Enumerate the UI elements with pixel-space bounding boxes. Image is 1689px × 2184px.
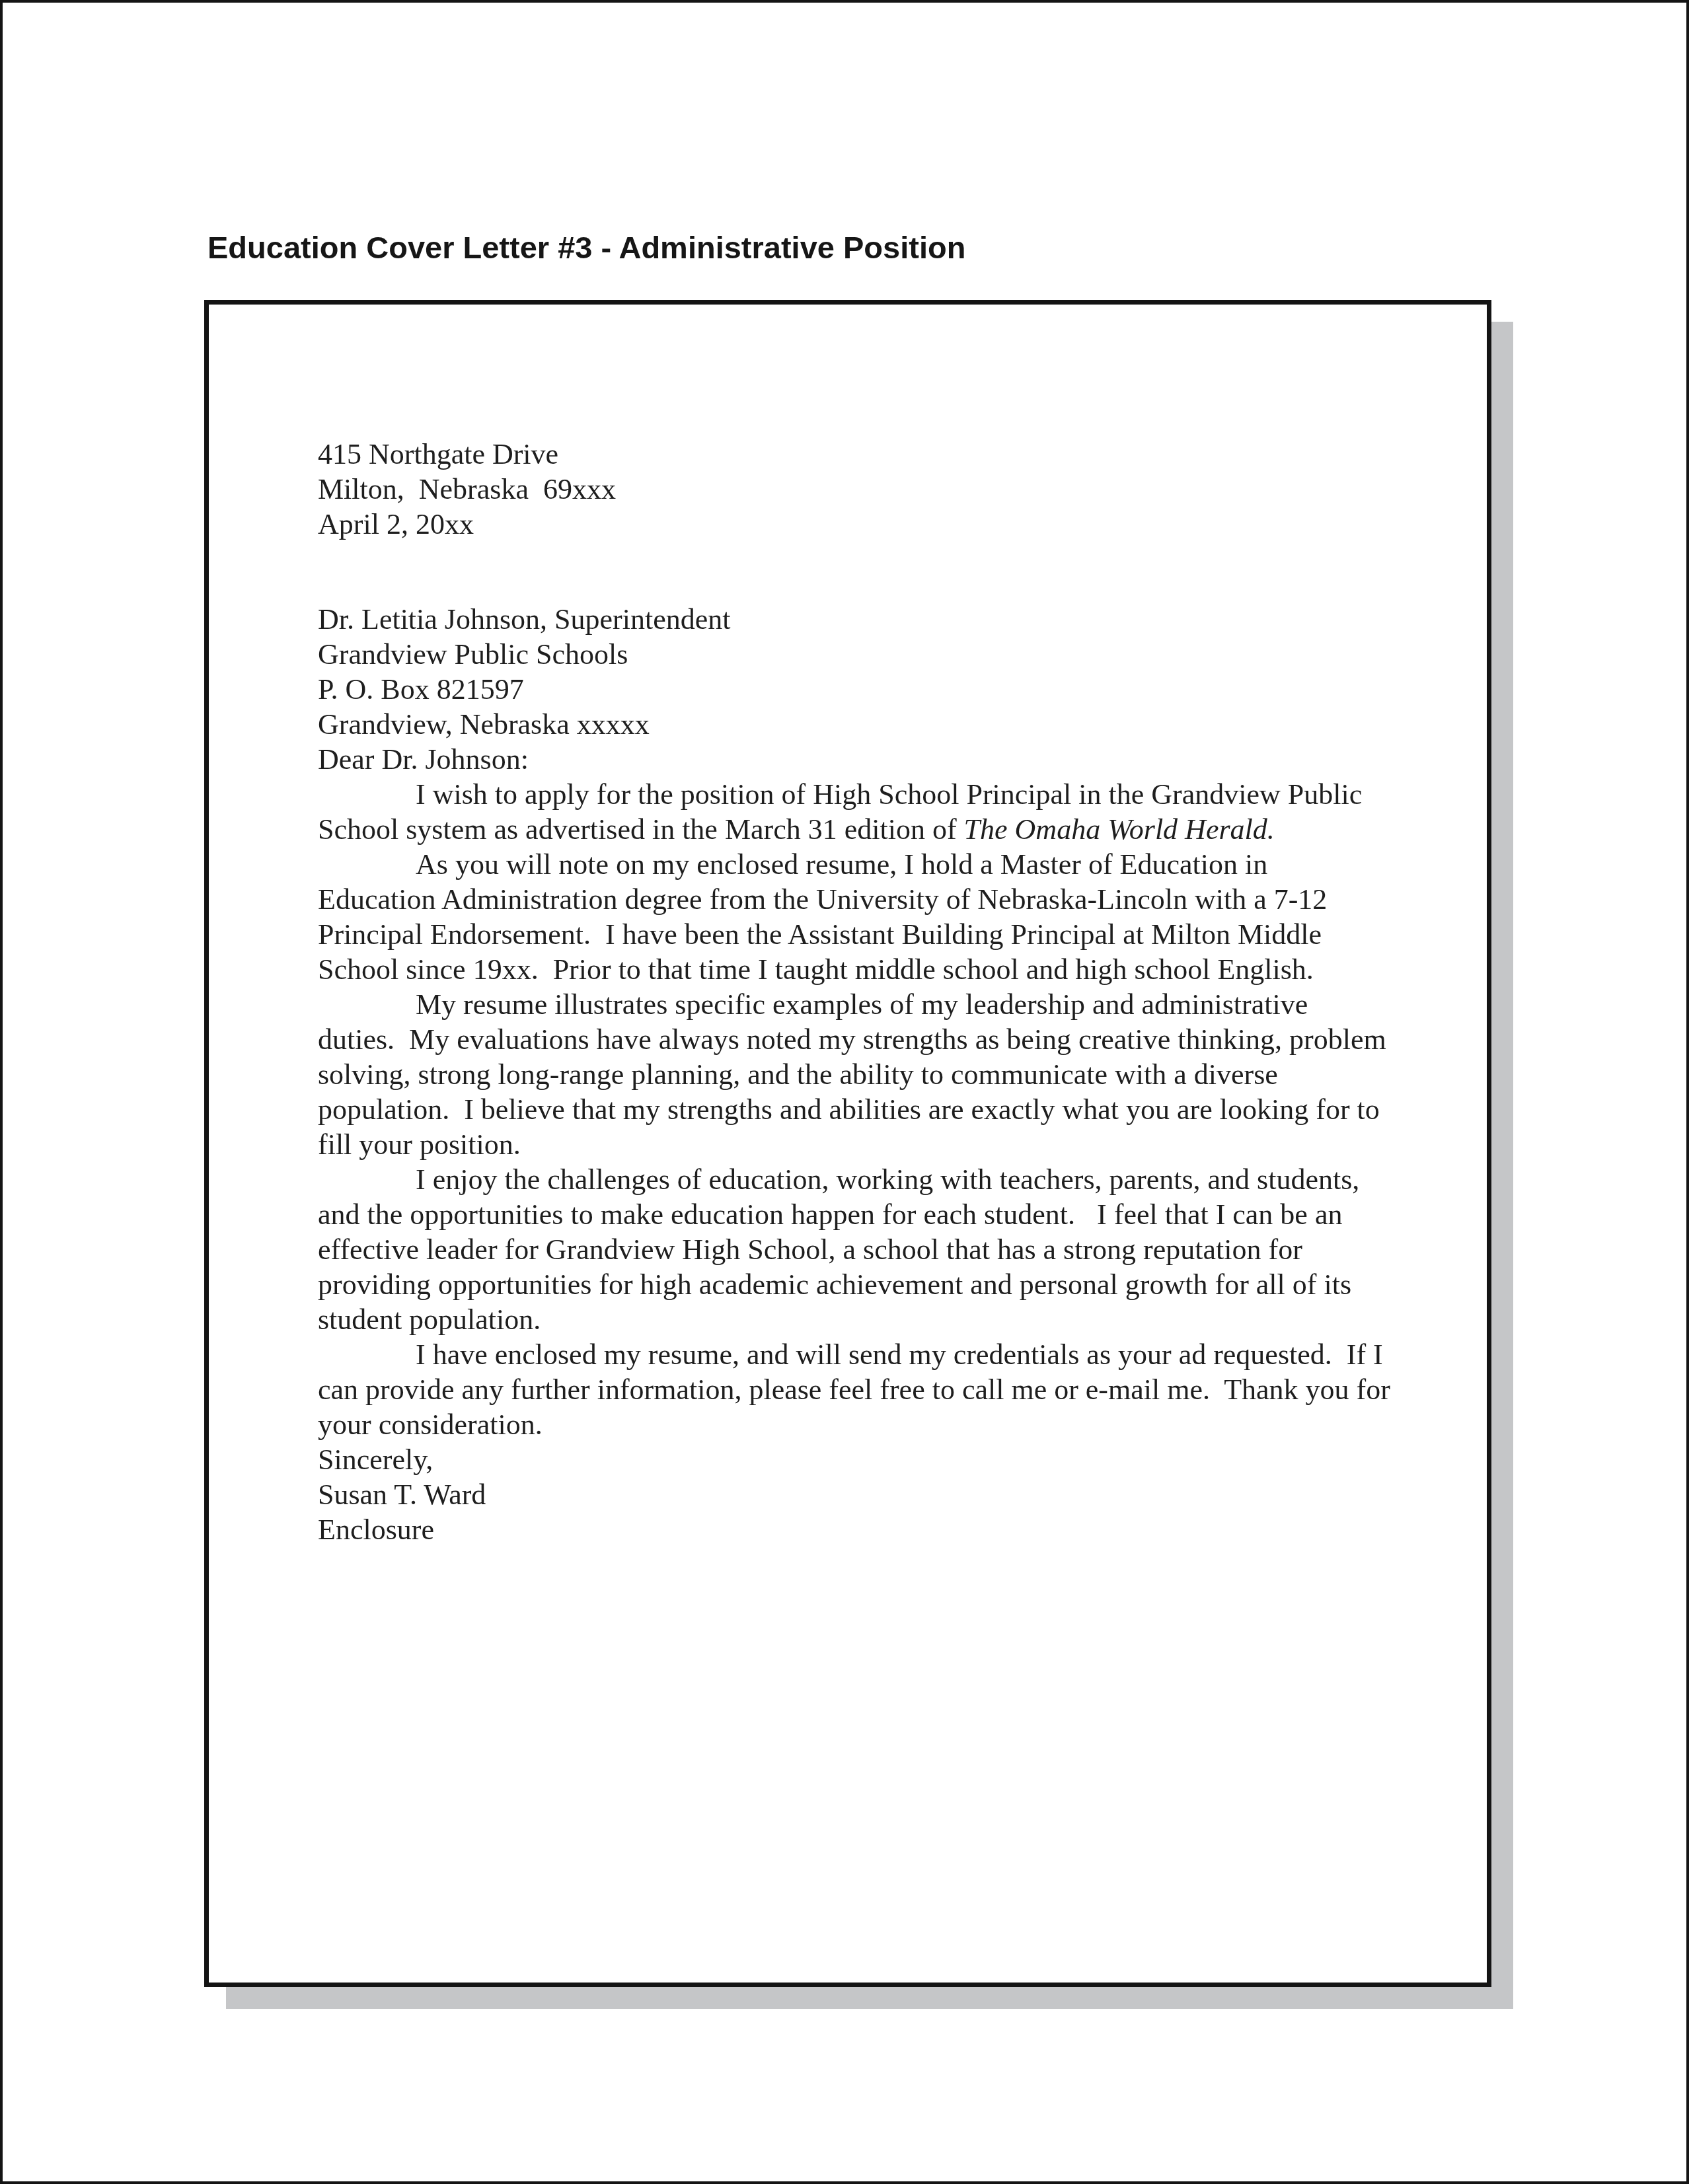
paragraph-2: As you will note on my enclosed resume, … [318, 847, 1391, 987]
paragraph-1: I wish to apply for the position of High… [318, 777, 1391, 847]
page-title: Education Cover Letter #3 - Administrati… [207, 230, 965, 265]
recipient-name-title: Dr. Letitia Johnson, Superintendent [318, 602, 1391, 637]
recipient-organization: Grandview Public Schools [318, 637, 1391, 672]
document-page: Education Cover Letter #3 - Administrati… [0, 0, 1689, 2184]
recipient-city-state-zip: Grandview, Nebraska xxxxx [318, 707, 1391, 742]
newspaper-name-italic: The Omaha World Herald. [964, 813, 1275, 846]
recipient-address-block: Dr. Letitia Johnson, Superintendent Gran… [318, 602, 1391, 742]
letter-date: April 2, 20xx [318, 507, 1391, 542]
closing: Sincerely, [318, 1442, 1391, 1477]
paragraph-5: I have enclosed my resume, and will send… [318, 1337, 1391, 1442]
recipient-po-box: P. O. Box 821597 [318, 672, 1391, 707]
enclosure-note: Enclosure [318, 1512, 1391, 1547]
paragraph-3: My resume illustrates specific examples … [318, 987, 1391, 1162]
paragraph-4: I enjoy the challenges of education, wor… [318, 1162, 1391, 1337]
sender-city-state-zip: Milton, Nebraska 69xxx [318, 472, 1391, 507]
sender-street: 415 Northgate Drive [318, 437, 1391, 472]
letter-page: 415 Northgate Drive Milton, Nebraska 69x… [204, 300, 1491, 1987]
sender-address-block: 415 Northgate Drive Milton, Nebraska 69x… [318, 437, 1391, 542]
salutation: Dear Dr. Johnson: [318, 742, 1391, 777]
signature-name: Susan T. Ward [318, 1477, 1391, 1512]
